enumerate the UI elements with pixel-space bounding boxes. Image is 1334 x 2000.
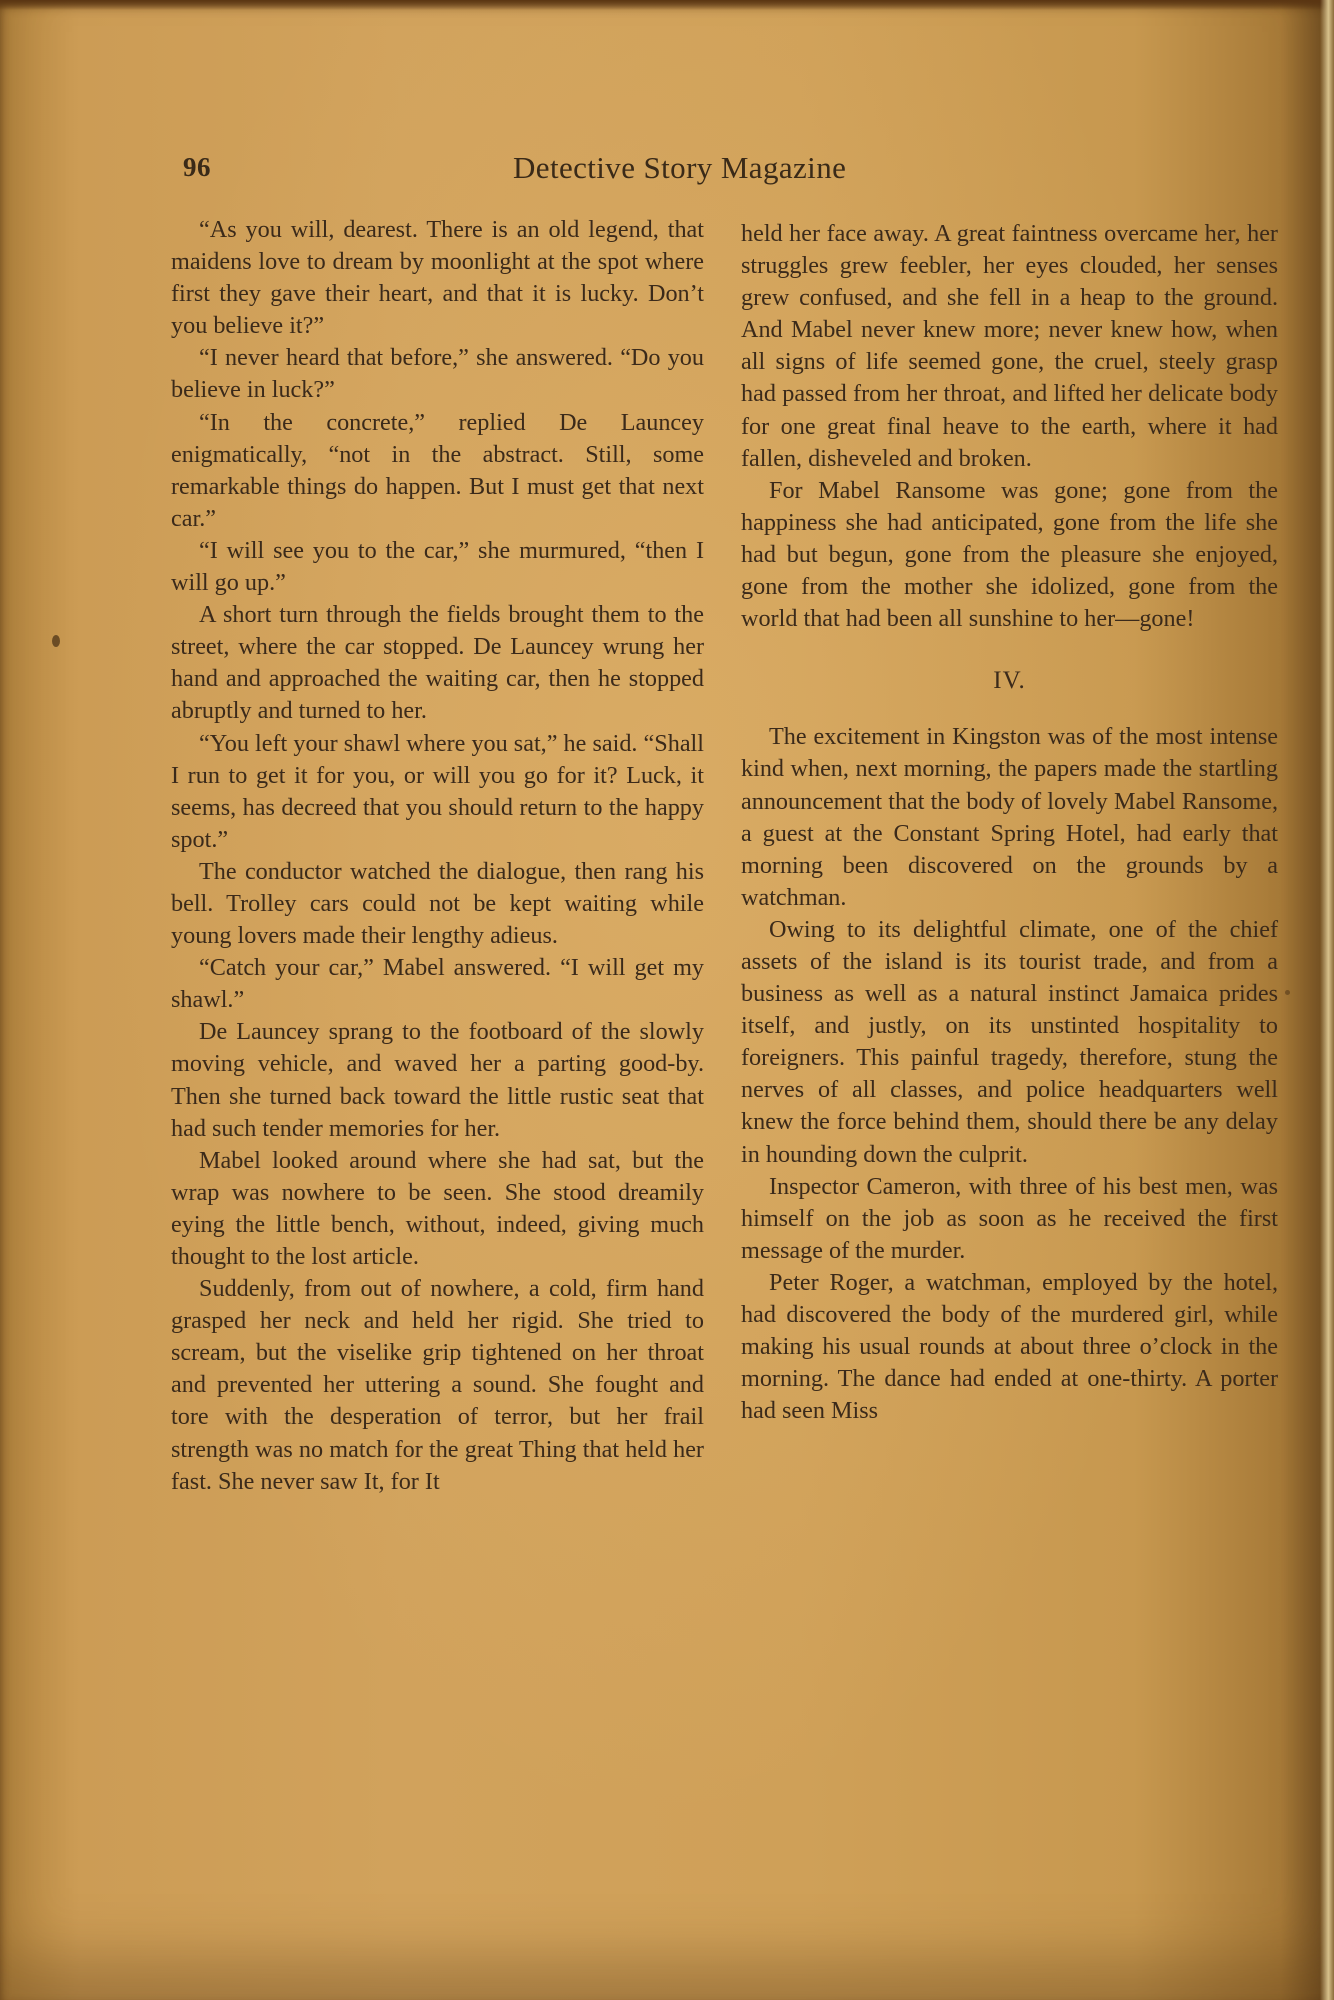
magazine-title: Detective Story Magazine xyxy=(513,150,846,186)
paragraph: For Mabel Ransome was gone; gone from th… xyxy=(741,475,1278,635)
running-head: 96 Detective Story Magazine xyxy=(183,152,1273,192)
paragraph: Owing to its delightful climate, one of … xyxy=(741,914,1278,1171)
paper-stain xyxy=(52,635,60,647)
paragraph: “As you will, dearest. There is an old l… xyxy=(171,214,704,342)
magazine-page: 96 Detective Story Magazine “As you will… xyxy=(0,0,1334,2000)
paragraph: A short turn through the fields brought … xyxy=(171,599,704,727)
paragraph: Peter Roger, a watchman, employed by the… xyxy=(741,1267,1278,1427)
paragraph: “In the concrete,” replied De Laun­cey e… xyxy=(171,407,704,535)
paragraph: Mabel looked around where she had sat, b… xyxy=(171,1145,704,1273)
paragraph: The conductor watched the dialogue, then… xyxy=(171,856,704,952)
paragraph: Suddenly, from out of nowhere, a cold, f… xyxy=(171,1273,704,1498)
paragraph: “I will see you to the car,” she mur­mur… xyxy=(171,535,704,599)
paragraph: The excitement in Kingston was of the mo… xyxy=(741,721,1278,914)
paragraph: De Launcey sprang to the footboard of th… xyxy=(171,1016,704,1144)
section-heading: IV. xyxy=(741,665,1278,697)
page-number: 96 xyxy=(183,152,211,183)
paper-stain xyxy=(1285,990,1290,995)
paragraph: “Catch your car,” Mabel answered. “I wil… xyxy=(171,952,704,1016)
paragraph: “I never heard that before,” she an­swer… xyxy=(171,342,704,406)
paragraph: “You left your shawl where you sat,” he … xyxy=(171,728,704,856)
left-column: “As you will, dearest. There is an old l… xyxy=(171,214,704,1498)
paragraph: Inspector Cameron, with three of his bes… xyxy=(741,1171,1278,1267)
right-column: held her face away. A great faintness ov… xyxy=(741,218,1278,1427)
paragraph: held her face away. A great faintness ov… xyxy=(741,218,1278,475)
